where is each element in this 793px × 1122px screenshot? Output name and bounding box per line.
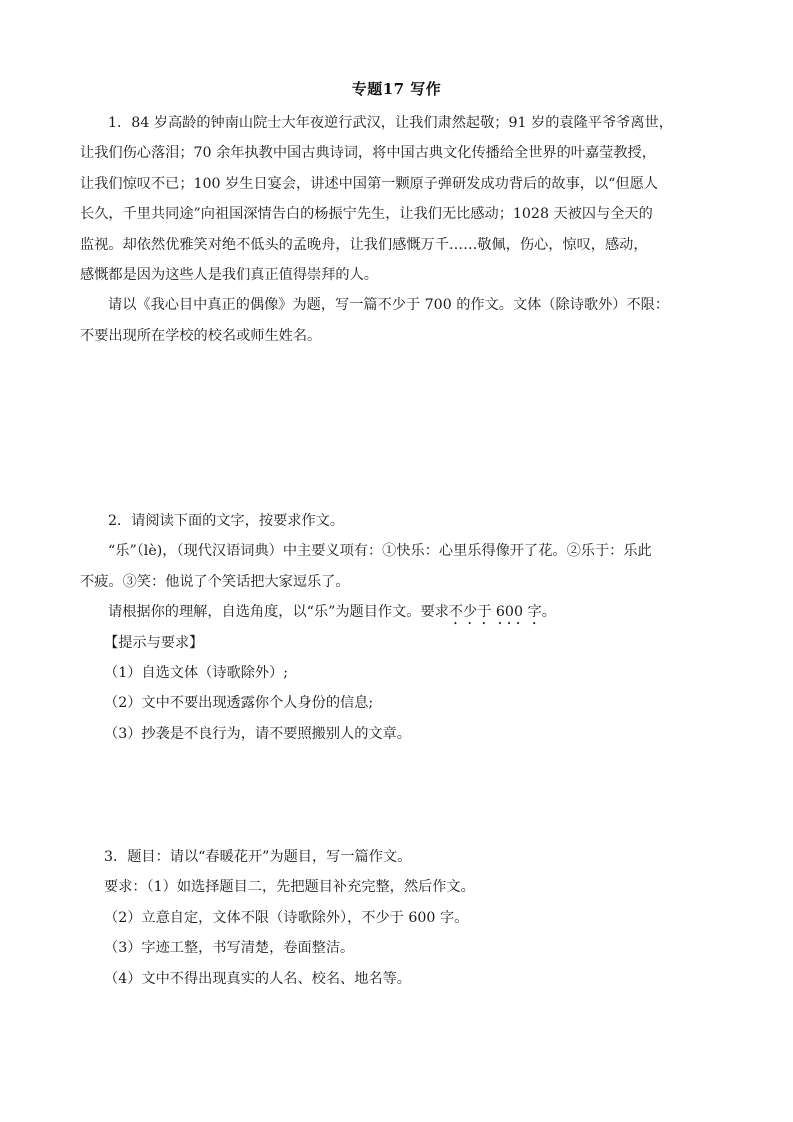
q1-line: 让我们伤心落泪；70 余年执教中国古典诗词，将中国古典文化传播给全世界的叶嘉莹教… <box>80 138 720 168</box>
q3-requirement: （4）文中不得出现真实的人名、校名、地名等。 <box>80 964 720 994</box>
question-2: 2．请阅读下面的文字，按要求作文。 “乐”（lè)，（现代汉语词典）中主要义项有… <box>80 506 720 749</box>
q2-tips-heading: 【提示与要求】 <box>80 628 720 658</box>
q1-line: 监视。却依然优雅笑对绝不低头的孟晚舟，让我们感慨万千……敬佩，伤心，惊叹，感动， <box>80 230 720 260</box>
q1-line: 让我们惊叹不已；100 岁生日宴会，讲述中国第一颗原子弹研发成功背后的故事，以“… <box>80 169 720 199</box>
q3-requirement: 要求：（1）如选择题目二，先把题目补充完整，然后作文。 <box>80 872 720 902</box>
q2-tip: （1）自选文体（诗歌除外）; <box>80 658 720 688</box>
q1-line: 1．84 岁高龄的钟南山院士大年夜逆行武汉，让我们肃然起敬；91 岁的袁隆平爷爷… <box>80 108 720 138</box>
q1-prompt-line: 不要出现所在学校的校名或师生姓名。 <box>80 321 720 351</box>
q3-heading: 3．题目：请以“春暖花开”为题目，写一篇作文。 <box>80 842 720 872</box>
q1-line: 长久，千里共同途”向祖国深情告白的杨振宁先生，让我们无比感动；1028 天被囚与… <box>80 199 720 229</box>
q3-requirement: （2）立意自定，文体不限（诗歌除外），不少于 600 字。 <box>80 903 720 933</box>
q3-requirement: （3）字迹工整，书写清楚，卷面整洁。 <box>80 933 720 963</box>
q2-instruction-suffix: 。 <box>542 604 556 620</box>
document-page: 专题17 写作 1．84 岁高龄的钟南山院士大年夜逆行武汉，让我们肃然起敬；91… <box>0 0 793 1122</box>
page-title: 专题17 写作 <box>0 78 793 99</box>
q2-instruction-emphasis: 不少于 600 字 <box>449 604 542 620</box>
q2-tip: （3）抄袭是不良行为，请不要照搬别人的文章。 <box>80 719 720 749</box>
q1-line: 感慨都是因为这些人是我们真正值得崇拜的人。 <box>80 260 720 290</box>
q2-heading: 2．请阅读下面的文字，按要求作文。 <box>80 506 720 536</box>
q2-instruction-prefix: 请根据你的理解，自选角度，以“乐”为题目作文。要求 <box>108 604 449 620</box>
question-1: 1．84 岁高龄的钟南山院士大年夜逆行武汉，让我们肃然起敬；91 岁的袁隆平爷爷… <box>80 108 720 351</box>
question-3: 3．题目：请以“春暖花开”为题目，写一篇作文。 要求：（1）如选择题目二，先把题… <box>80 842 720 994</box>
q2-tip: （2）文中不要出现透露你个人身份的信息; <box>80 688 720 718</box>
q2-instruction: 请根据你的理解，自选角度，以“乐”为题目作文。要求不少于 600 字。 <box>80 597 720 627</box>
q2-definition-line: “乐”（lè)，（现代汉语词典）中主要义项有：①快乐：心里乐得像开了花。②乐于：… <box>80 536 720 566</box>
q2-definition-line: 不疲。③笑：他说了个笑话把大家逗乐了。 <box>80 567 720 597</box>
q1-prompt-line: 请以《我心目中真正的偶像》为题，写一篇不少于 700 的作文。文体（除诗歌外）不… <box>80 290 720 320</box>
